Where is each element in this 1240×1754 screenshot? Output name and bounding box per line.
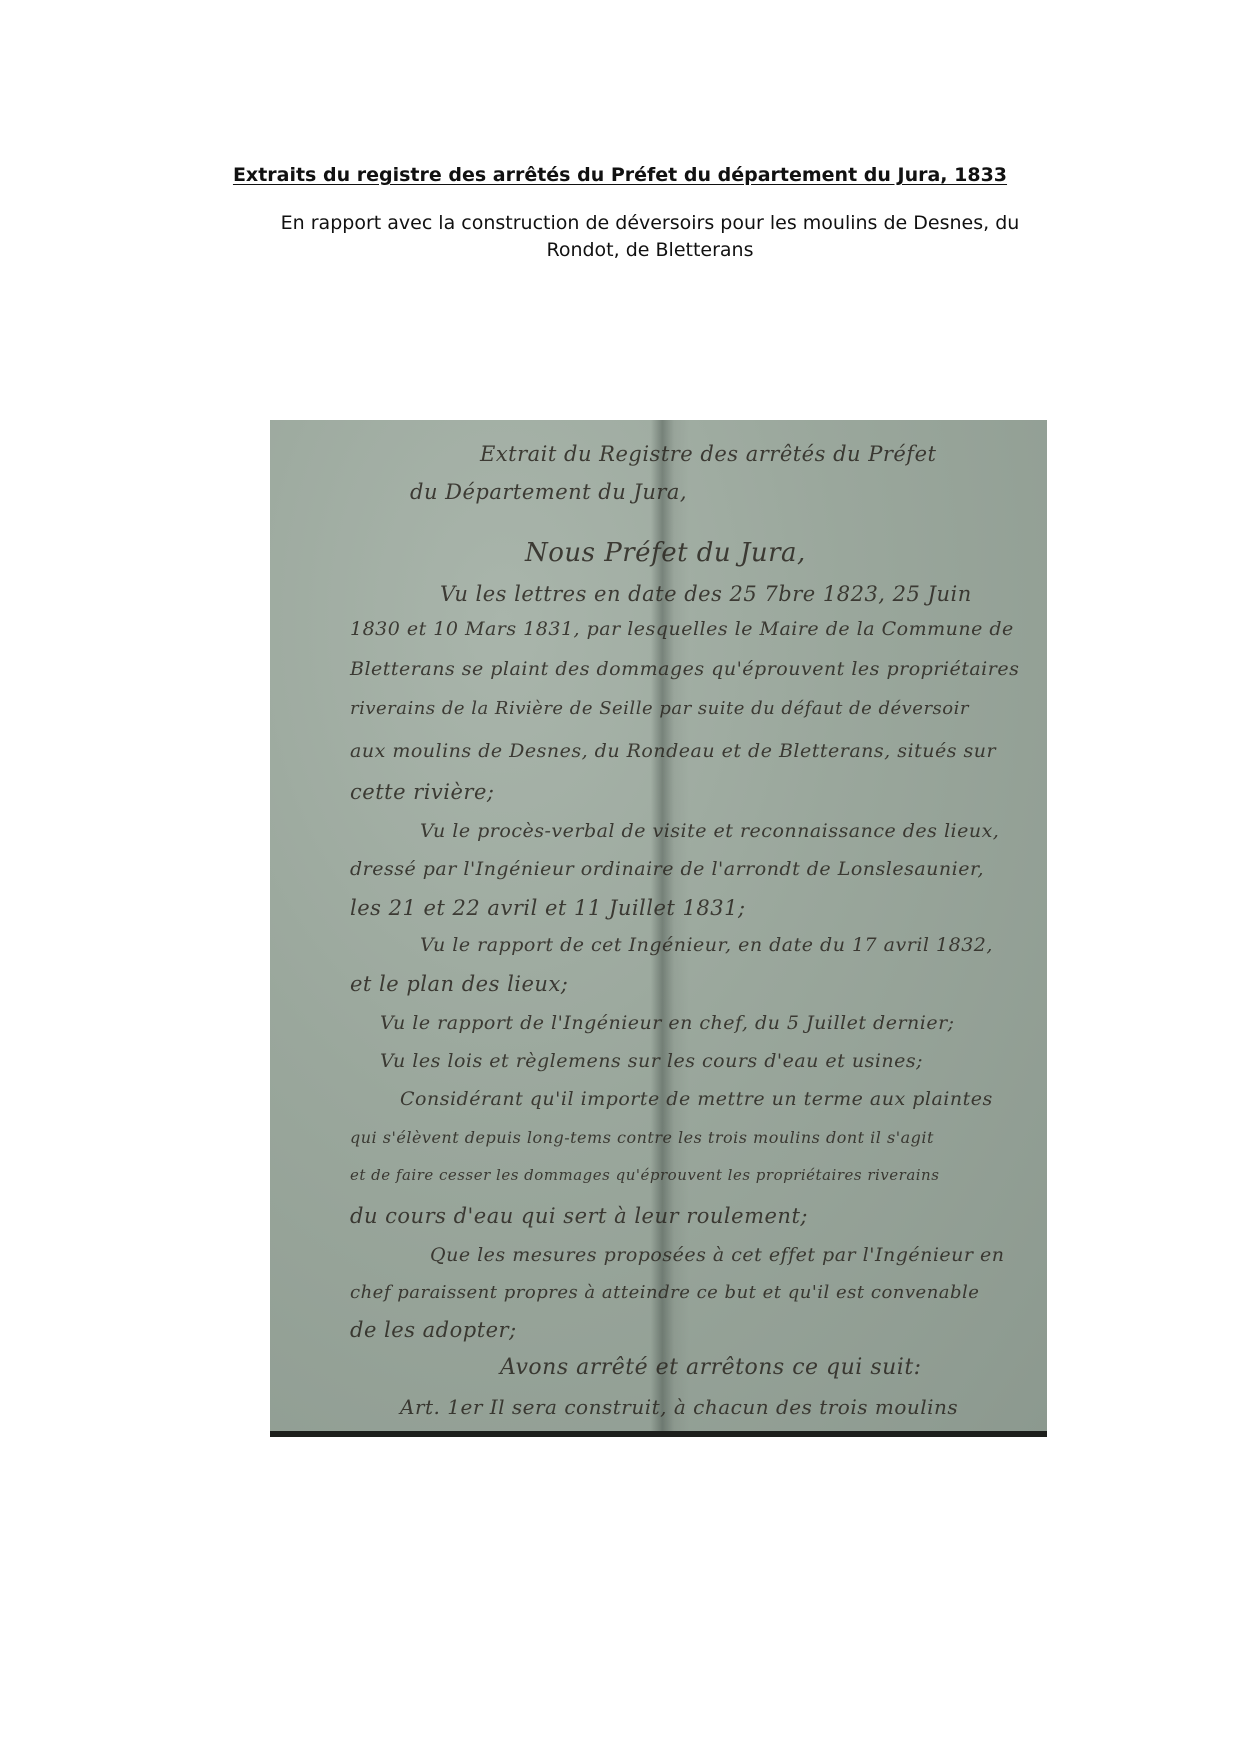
manuscript-line: Vu le procès-verbal de visite et reconna… (420, 820, 999, 842)
manuscript-line: les 21 et 22 avril et 11 Juillet 1831; (350, 896, 746, 920)
manuscript-line: et de faire cesser les dommages qu'éprou… (350, 1166, 939, 1184)
document-subtitle: En rapport avec la construction de déver… (250, 210, 1050, 264)
manuscript-line: cette rivière; (350, 780, 494, 804)
manuscript-line: dressé par l'Ingénieur ordinaire de l'ar… (350, 858, 984, 880)
manuscript-line: aux moulins de Desnes, du Rondeau et de … (350, 740, 996, 762)
manuscript-line: et le plan des lieux; (350, 972, 568, 996)
manuscript-line: Vu le rapport de l'Ingénieur en chef, du… (380, 1012, 955, 1034)
manuscript-line: chef paraissent propres à atteindre ce b… (350, 1282, 979, 1303)
manuscript-line: Considérant qu'il importe de mettre un t… (400, 1088, 993, 1110)
manuscript-line: qui s'élèvent depuis long-tems contre le… (350, 1128, 934, 1147)
manuscript-line: 1830 et 10 Mars 1831, par lesquelles le … (350, 618, 1014, 640)
manuscript-line: du cours d'eau qui sert à leur roulement… (350, 1204, 808, 1228)
document-title: Extraits du registre des arrêtés du Préf… (0, 164, 1240, 186)
manuscript-photo: Extrait du Registre des arrêtés du Préfe… (270, 420, 1047, 1437)
manuscript-line: riverains de la Rivière de Seille par su… (350, 698, 969, 719)
subtitle-line-2: Rondot, de Bletterans (250, 237, 1050, 264)
subtitle-line-1: En rapport avec la construction de déver… (250, 210, 1050, 237)
manuscript-line: Vu les lois et règlemens sur les cours d… (380, 1050, 923, 1072)
manuscript-line: Art. 1er Il sera construit, à chacun des… (400, 1395, 958, 1419)
manuscript-line: Extrait du Registre des arrêtés du Préfe… (480, 442, 936, 466)
manuscript-line: du Département du Jura, (410, 480, 687, 504)
manuscript-line: Que les mesures proposées à cet effet pa… (430, 1244, 1005, 1266)
manuscript-line: Avons arrêté et arrêtons ce qui suit: (500, 1355, 922, 1380)
manuscript-line: Nous Préfet du Jura, (525, 538, 806, 568)
manuscript-line: de les adopter; (350, 1318, 517, 1342)
manuscript-line: Vu les lettres en date des 25 7bre 1823,… (440, 582, 972, 606)
manuscript-line: Vu le rapport de cet Ingénieur, en date … (420, 934, 993, 956)
manuscript-line: Bletterans se plaint des dommages qu'épr… (350, 658, 1019, 680)
